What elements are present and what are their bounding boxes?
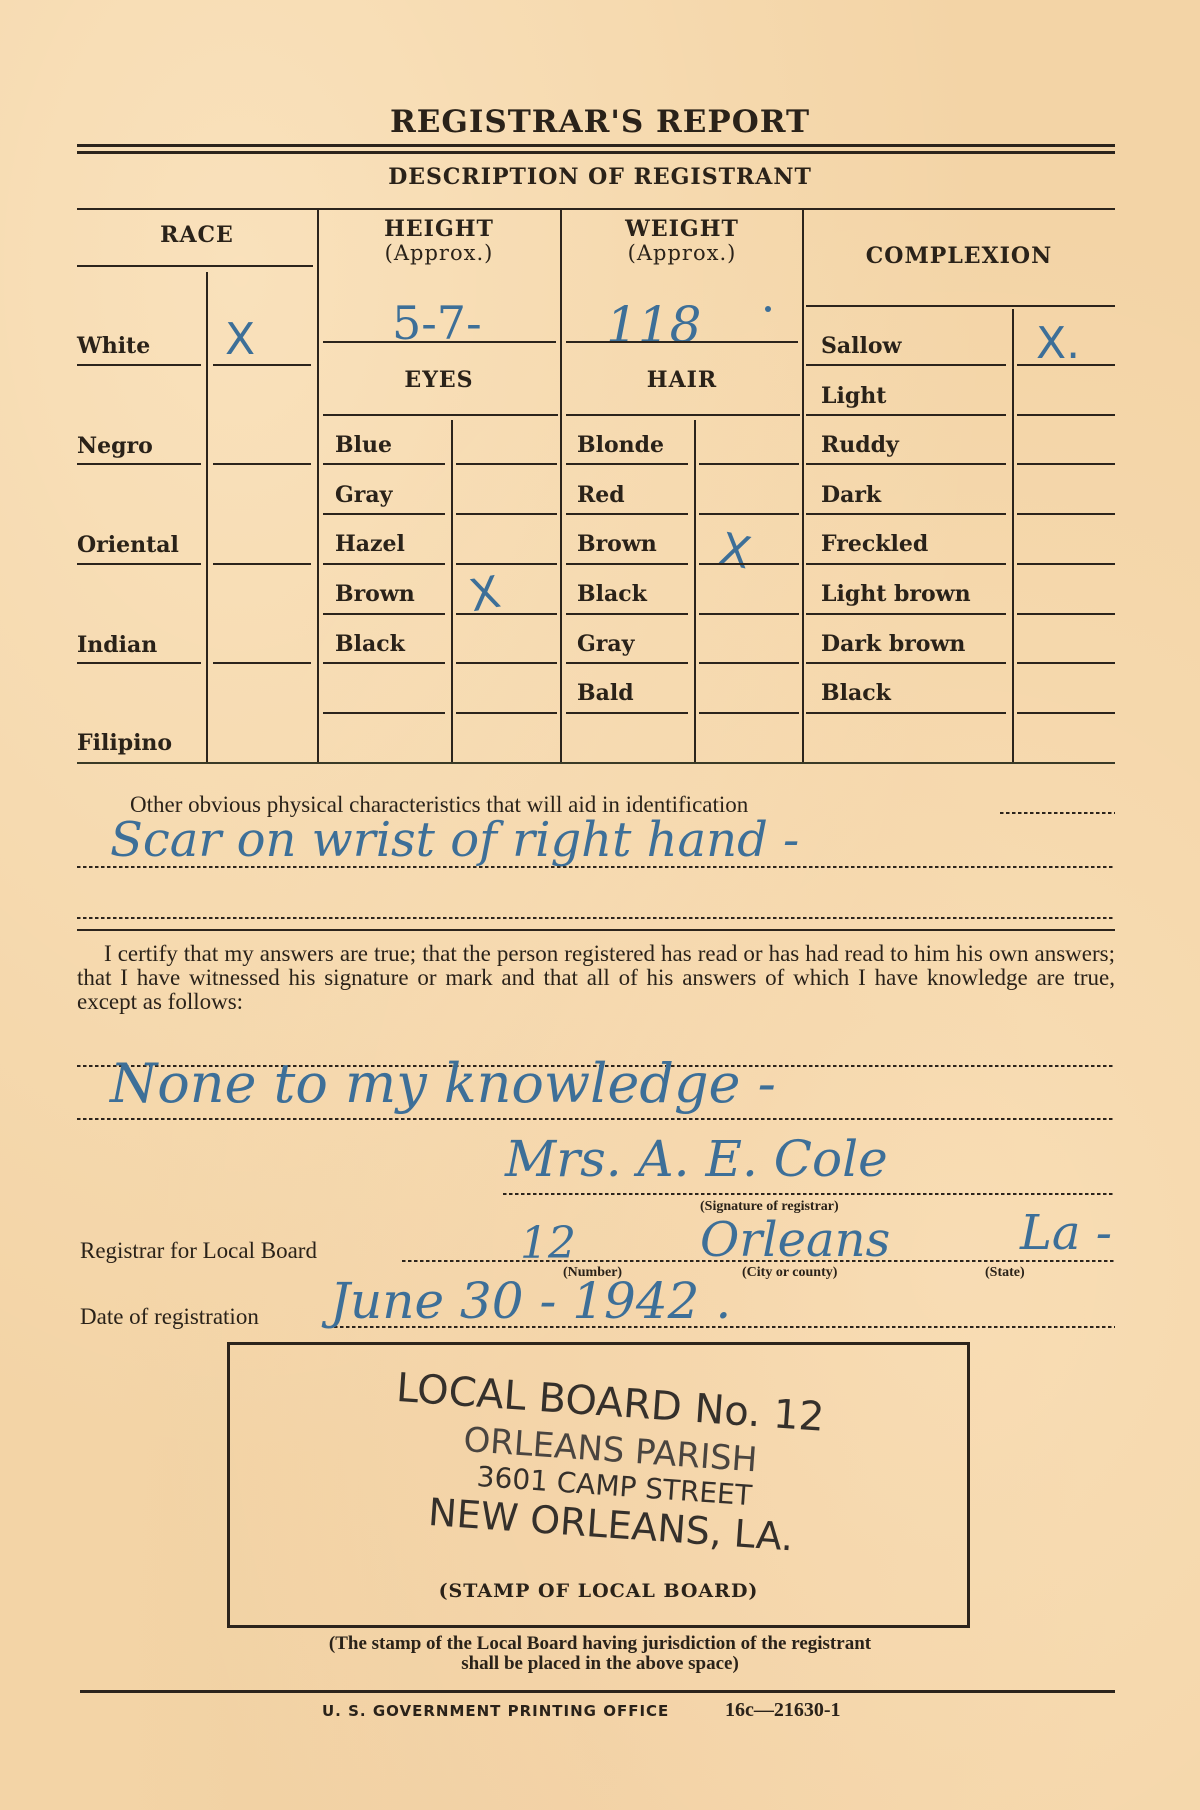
hair-heading: HAIR <box>561 369 803 391</box>
race-row-rule <box>77 364 201 366</box>
hair-option-blonde: Blonde <box>577 432 664 458</box>
hair-check-rule <box>699 513 799 515</box>
complexion-row-rule <box>806 513 1006 515</box>
eyes-check-rule <box>456 662 557 664</box>
weight-value[interactable]: 118 <box>606 296 701 354</box>
complexion-row-rule <box>806 613 1006 615</box>
race-heading-rule <box>77 265 313 267</box>
eyes-heading-rule <box>323 414 558 416</box>
complexion-check-mark[interactable]: X. <box>1036 322 1080 366</box>
race-row-rule <box>77 563 201 565</box>
complexion-option-freckled: Freckled <box>821 531 928 557</box>
certification-text: I certify that my answers are true; that… <box>77 942 1115 1014</box>
complexion-check-rule <box>1017 712 1115 714</box>
hair-check-rule <box>699 662 799 664</box>
registration-date-value[interactable]: June 30 - 1942 . <box>330 1272 731 1330</box>
hair-row-rule <box>566 563 688 565</box>
divider-weight <box>802 209 804 762</box>
eyes-check-rule <box>456 712 557 714</box>
complexion-option-dark: Dark <box>821 482 881 508</box>
complexion-check-rule <box>1017 613 1115 615</box>
section-subtitle: DESCRIPTION OF REGISTRANT <box>0 164 1200 190</box>
height-rule <box>323 341 556 343</box>
eyes-check-rule <box>456 463 557 465</box>
header-double-rule-bottom <box>77 151 1115 154</box>
race-check-oriental[interactable] <box>213 470 311 560</box>
physical-line-2 <box>77 917 1115 919</box>
ink-dot <box>765 306 771 312</box>
complexion-check-rule <box>1017 463 1115 465</box>
hair-check-rule <box>699 712 799 714</box>
complexion-heading-rule <box>806 305 1115 307</box>
race-option-white: White <box>77 333 150 359</box>
race-option-filipino: Filipino <box>77 730 172 756</box>
hair-check-mark[interactable]: X <box>716 527 755 576</box>
stamp-note-1: (The stamp of the Local Board having jur… <box>0 1634 1200 1654</box>
height-heading: HEIGHT <box>318 218 560 240</box>
eyes-check-rule <box>456 513 557 515</box>
table-top-rule <box>77 208 1115 210</box>
header-double-rule-top <box>77 144 1115 147</box>
hair-check-divider <box>694 420 696 762</box>
hair-row-rule <box>566 712 688 714</box>
eyes-option-gray: Gray <box>335 482 392 508</box>
eyes-row-rule <box>323 712 445 714</box>
hair-check-rule <box>699 463 799 465</box>
weight-approx: (Approx.) <box>561 242 803 264</box>
eyes-check-rule <box>456 613 557 615</box>
eyes-row-rule <box>323 513 445 515</box>
eyes-check-mark[interactable]: X <box>466 571 503 620</box>
race-check-rule <box>213 563 311 565</box>
eyes-option-blue: Blue <box>335 432 392 458</box>
complexion-row-rule <box>806 364 1006 366</box>
registrar-signature[interactable]: Mrs. A. E. Cole <box>505 1130 888 1188</box>
weight-heading: WEIGHT <box>561 218 803 240</box>
printer-credit: U. S. GOVERNMENT PRINTING OFFICE <box>322 1702 669 1720</box>
complexion-row-rule <box>806 563 1006 565</box>
complexion-row-rule <box>806 662 1006 664</box>
hair-option-gray: Gray <box>577 631 634 657</box>
physical-line-1 <box>77 866 1115 868</box>
eyes-row-rule <box>323 563 445 565</box>
physical-bottom-rule <box>77 929 1115 931</box>
hair-option-black: Black <box>577 581 647 607</box>
complexion-option-black: Black <box>821 680 891 706</box>
table-bottom-rule <box>77 762 1115 764</box>
complexion-option-ruddy: Ruddy <box>821 432 899 458</box>
height-approx: (Approx.) <box>318 242 560 264</box>
hair-row-rule <box>566 513 688 515</box>
complexion-check-rule <box>1017 513 1115 515</box>
eyes-option-brown: Brown <box>335 581 415 607</box>
complexion-row-rule <box>806 414 1006 416</box>
exceptions-value[interactable]: None to my knowledge - <box>110 1052 776 1115</box>
complexion-option-sallow: Sallow <box>821 333 901 359</box>
race-check-rule <box>213 463 311 465</box>
hair-heading-rule <box>566 414 800 416</box>
signature-line <box>503 1193 1115 1195</box>
registration-date-label: Date of registration <box>80 1304 259 1330</box>
eyes-heading: EYES <box>318 369 560 391</box>
race-check-indian[interactable] <box>213 570 311 660</box>
local-board-number[interactable]: 12 <box>520 1218 576 1269</box>
footer-rule <box>80 1690 1115 1693</box>
complexion-option-light-brown: Light brown <box>821 581 971 607</box>
report-title: REGISTRAR'S REPORT <box>0 104 1200 140</box>
race-row-rule <box>77 662 201 664</box>
hair-check-rule <box>699 613 799 615</box>
race-option-negro: Negro <box>77 433 153 459</box>
stamp-caption: (STAMP OF LOCAL BOARD) <box>227 1580 970 1602</box>
hair-row-rule <box>566 463 688 465</box>
eyes-check-divider <box>451 420 453 762</box>
hair-row-rule <box>566 662 688 664</box>
race-option-oriental: Oriental <box>77 532 179 558</box>
complexion-check-divider <box>1012 309 1014 762</box>
race-option-indian: Indian <box>77 632 157 658</box>
weight-rule <box>566 341 798 343</box>
hair-option-brown: Brown <box>577 531 657 557</box>
complexion-check-rule <box>1017 414 1115 416</box>
complexion-heading: COMPLEXION <box>803 245 1115 267</box>
race-check-filipino[interactable] <box>213 668 311 760</box>
form-number: 16c—21630-1 <box>725 1699 841 1722</box>
hair-option-red: Red <box>577 482 625 508</box>
race-check-divider <box>206 272 208 762</box>
eyes-row-rule <box>323 613 445 615</box>
physical-leader-dots <box>1000 812 1115 814</box>
complexion-row-rule <box>806 463 1006 465</box>
eyes-row-rule <box>323 463 445 465</box>
stamp-note-2: shall be placed in the above space) <box>0 1654 1200 1674</box>
race-heading: RACE <box>77 224 317 246</box>
complexion-option-dark-brown: Dark brown <box>821 631 965 657</box>
complexion-check-rule <box>1017 662 1115 664</box>
race-row-rule <box>77 463 201 465</box>
local-board-label: Registrar for Local Board <box>80 1238 317 1264</box>
race-check-mark[interactable]: X <box>225 318 255 362</box>
eyes-option-hazel: Hazel <box>335 531 405 557</box>
complexion-row-rule <box>806 712 1006 714</box>
exceptions-line-2 <box>77 1118 1115 1120</box>
divider-height <box>560 209 562 762</box>
complexion-check-rule <box>1017 364 1115 366</box>
eyes-check-rule <box>456 563 557 565</box>
hair-option-bald: Bald <box>577 680 634 706</box>
complexion-option-light: Light <box>821 383 886 409</box>
complexion-check-rule <box>1017 563 1115 565</box>
hair-row-rule <box>566 613 688 615</box>
race-check-negro[interactable] <box>213 370 311 460</box>
divider-race <box>317 209 319 762</box>
city-caption: (City or county) <box>742 1265 837 1281</box>
hair-check-rule <box>699 563 799 565</box>
eyes-option-black: Black <box>335 631 405 657</box>
race-check-rule <box>213 662 311 664</box>
local-board-state[interactable]: La - <box>1020 1205 1112 1261</box>
physical-characteristics-value[interactable]: Scar on wrist of right hand - <box>110 812 799 868</box>
local-board-city[interactable]: Orleans <box>700 1212 890 1268</box>
eyes-row-rule <box>323 662 445 664</box>
state-caption: (State) <box>985 1265 1025 1281</box>
